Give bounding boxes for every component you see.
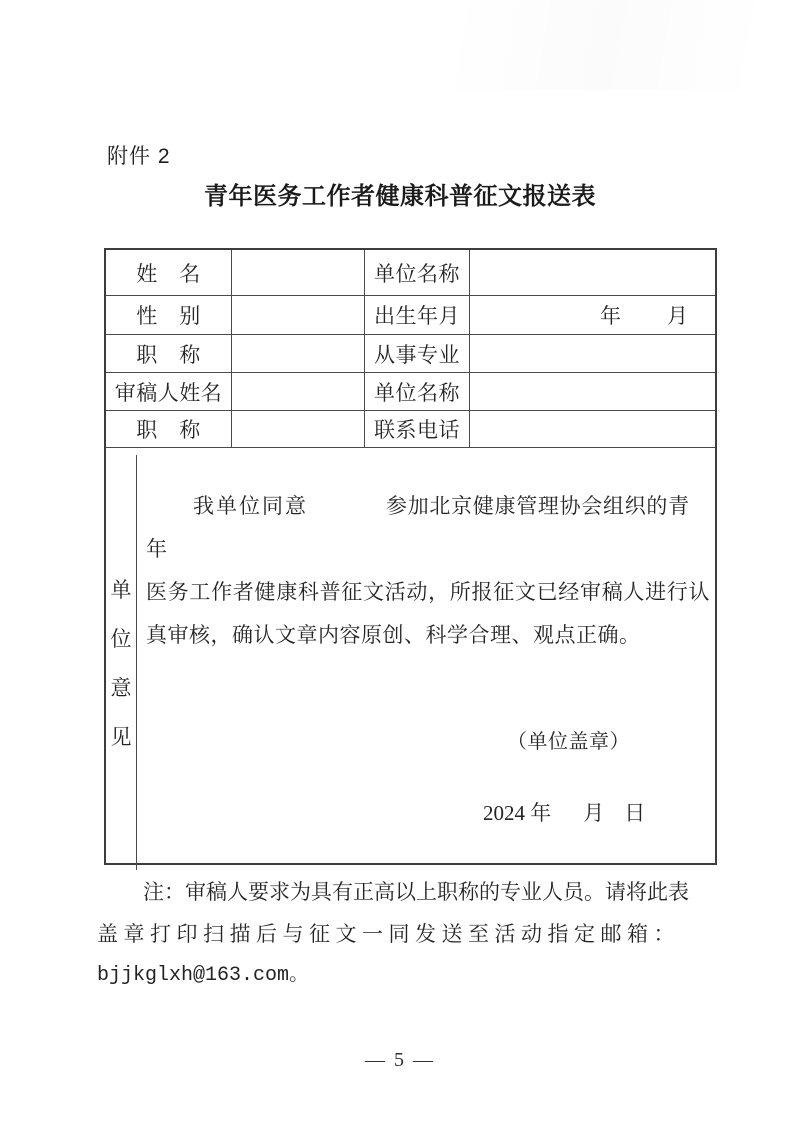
submission-form-table: 姓 名 单位名称 性 别 出生年月 年 月 职 称 从事专业 审稿人姓名 单位名… <box>104 248 717 865</box>
reviewer-name-value-cell <box>232 373 365 411</box>
title-rank-label: 职 称 <box>106 335 232 373</box>
vertical-label-char: 位 <box>111 623 132 653</box>
page-number: — 5 — <box>0 1049 800 1072</box>
vertical-label-char: 单 <box>111 574 132 604</box>
unit-seal-note: （单位盖章） <box>507 725 630 754</box>
date-line: 2024 年 月 日 <box>483 797 645 827</box>
gender-label: 性 别 <box>106 296 232 335</box>
form-info-grid: 姓 名 单位名称 性 别 出生年月 年 月 职 称 从事专业 审稿人姓名 单位名… <box>106 250 715 448</box>
reviewer-title-value-cell <box>232 411 365 448</box>
opinion-statement: 我单位同意参加北京健康管理协会组织的青年 医务工作者健康科普征文活动，所报征文已… <box>146 485 711 657</box>
unit-opinion-vertical-label: 单 位 意 见 <box>106 455 137 870</box>
reviewer-name-label: 审稿人姓名 <box>106 373 232 411</box>
reviewer-unit-label: 单位名称 <box>365 373 470 411</box>
vertical-label-char: 见 <box>111 721 132 751</box>
unit-opinion-content-cell: 我单位同意参加北京健康管理协会组织的青年 医务工作者健康科普征文活动，所报征文已… <box>137 448 715 863</box>
statement-prefix: 我单位同意 <box>193 494 308 518</box>
unit-name-label: 单位名称 <box>365 250 470 296</box>
unit-name-value-cell <box>470 250 715 296</box>
birth-year-unit-label: 年 <box>600 300 621 330</box>
reviewer-title-label: 职 称 <box>106 411 232 448</box>
unit-opinion-section: 单 位 意 见 我单位同意参加北京健康管理协会组织的青年 医务工作者健康科普征文… <box>106 448 715 863</box>
birth-month-unit-label: 月 <box>667 300 688 330</box>
name-value-cell <box>232 250 365 296</box>
gender-value-cell <box>232 296 365 335</box>
vertical-label-char: 意 <box>111 672 132 702</box>
attachment-label: 附件 2 <box>107 140 171 170</box>
note-line-1: 注：审稿人要求为具有正高以上职称的专业人员。请将此表 <box>97 871 693 913</box>
note-email-line: bjjkglxh@163.com。 <box>97 955 693 997</box>
title-rank-value-cell <box>232 335 365 373</box>
statement-line-1: 我单位同意参加北京健康管理协会组织的青年 <box>146 485 711 571</box>
profession-value-cell <box>470 335 715 373</box>
note-line-2: 盖章打印扫描后与征文一同发送至活动指定邮箱： <box>97 913 693 955</box>
date-month: 月 <box>583 797 604 827</box>
footer-note: 注：审稿人要求为具有正高以上职称的专业人员。请将此表 盖章打印扫描后与征文一同发… <box>97 871 693 997</box>
scanned-document-page: 附件 2 青年医务工作者健康科普征文报送表 姓 名 单位名称 性 别 出生年月 … <box>0 0 800 1130</box>
profession-label: 从事专业 <box>365 335 470 373</box>
phone-label: 联系电话 <box>365 411 470 448</box>
date-year: 2024 年 <box>483 797 551 827</box>
page-title: 青年医务工作者健康科普征文报送表 <box>0 176 800 211</box>
birth-date-label: 出生年月 <box>365 296 470 335</box>
statement-line-2: 医务工作者健康科普征文活动，所报征文已经审稿人进行认 <box>146 571 711 614</box>
scan-artifact <box>0 0 800 90</box>
date-day: 日 <box>624 797 645 827</box>
statement-line-3: 真审核，确认文章内容原创、科学合理、观点正确。 <box>146 614 711 657</box>
birth-date-value-cell: 年 月 <box>470 296 715 335</box>
name-label: 姓 名 <box>106 250 232 296</box>
reviewer-unit-value-cell <box>470 373 715 411</box>
phone-value-cell <box>470 411 715 448</box>
